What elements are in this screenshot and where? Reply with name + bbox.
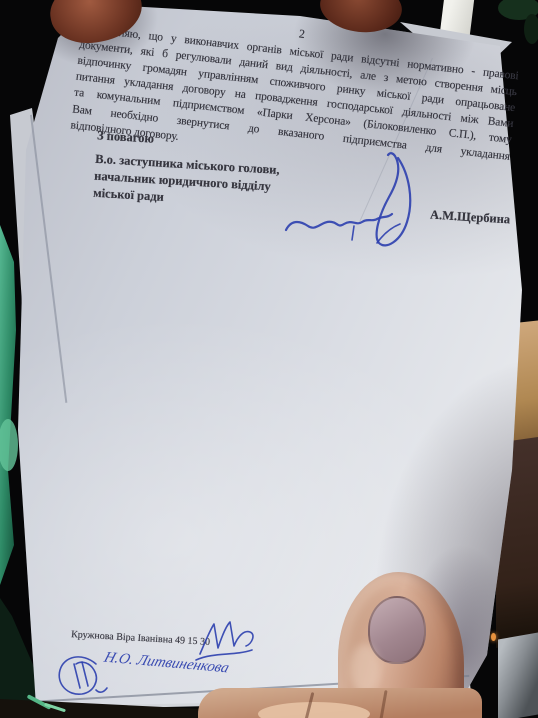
thumb-highlight <box>350 644 380 694</box>
contact-signature-ink <box>190 610 268 672</box>
green-highlight <box>0 419 18 471</box>
photo-of-document: 2 повідомляю, що у виконавчих органів мі… <box>0 0 538 718</box>
green-object-left <box>0 225 16 585</box>
signature-ink <box>278 148 428 253</box>
light-glint <box>491 633 496 641</box>
paraph-ink <box>52 650 110 704</box>
shiny-object-corner <box>498 632 538 718</box>
